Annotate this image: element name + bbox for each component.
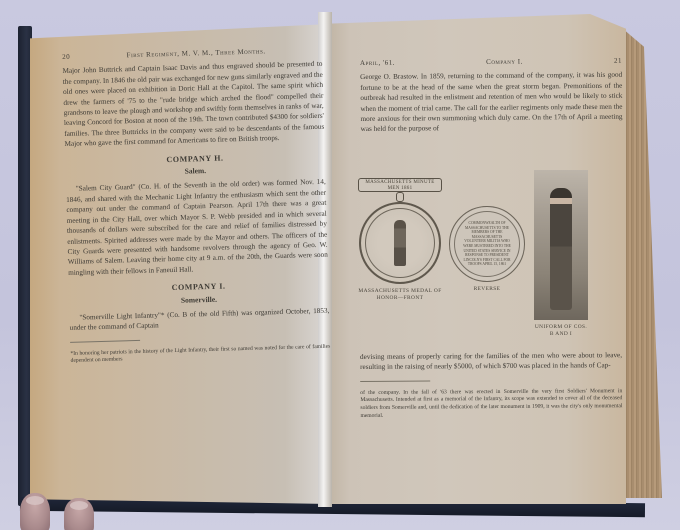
open-book-photo: 20 First Regiment, M. V. M., Three Month…: [0, 0, 680, 530]
figures-group: MASSACHUSETTS MINUTE MEN 1861 MASSACHUSE…: [350, 170, 620, 350]
soldier-photo-figure: UNIFORM OF COS. B AND I: [534, 170, 588, 338]
right-paragraph-2: devising means of properly caring for th…: [360, 350, 622, 373]
finger: [20, 493, 50, 530]
left-page-text: 20 First Regiment, M. V. M., Three Month…: [62, 45, 331, 366]
right-running-left: April, '61.: [360, 58, 395, 69]
company-i-text: "Somerville Light Infantry"* (Co. B of t…: [69, 306, 329, 334]
right-running-center: Company I.: [486, 57, 523, 68]
soldier-silhouette: [550, 188, 572, 310]
medal-reverse-disc: COMMONWEALTH OF MASSACHUSETTS TO THE MEM…: [449, 206, 525, 282]
finger: [64, 498, 94, 530]
footnote-rule: [70, 340, 140, 343]
fingernail: [26, 496, 44, 505]
medal-front-caption: MASSACHUSETTS MEDAL OF HONOR—FRONT: [358, 288, 442, 302]
company-h-text: "Salem City Guard" (Co. H. of the Sevent…: [66, 177, 329, 278]
right-page-lower-text: devising means of properly caring for th…: [360, 350, 622, 420]
right-running-head: April, '61. Company I. 21: [360, 56, 622, 69]
medal-front-disc: [359, 202, 441, 284]
soldier-photo-caption: UNIFORM OF COS. B AND I: [534, 324, 588, 338]
right-footnote-rule: [360, 380, 430, 381]
soldier-photo: [534, 170, 588, 320]
medal-reverse-inscription: COMMONWEALTH OF MASSACHUSETTS TO THE MEM…: [463, 221, 511, 267]
medal-loop: [396, 192, 404, 202]
fingernail: [70, 501, 88, 510]
medal-reverse-figure: COMMONWEALTH OF MASSACHUSETTS TO THE MEM…: [448, 206, 526, 293]
book-cover-spine-edge: [18, 26, 32, 506]
right-footnote: of the company. In the fall of '63 there…: [360, 388, 622, 420]
left-page-number: 20: [62, 52, 70, 63]
left-paragraph-1: Major John Buttrick and Captain Isaac Da…: [62, 59, 324, 149]
right-page-number: 21: [614, 56, 622, 66]
medal-front-figure: MASSACHUSETTS MINUTE MEN 1861 MASSACHUSE…: [358, 178, 442, 302]
medal-reverse-caption: REVERSE: [448, 286, 526, 293]
right-page-text: April, '61. Company I. 21 George O. Bras…: [360, 56, 623, 135]
page-edges: [622, 28, 662, 498]
minuteman-figure: [394, 220, 406, 266]
right-paragraph-1: George O. Brastow. In 1859, returning to…: [360, 70, 623, 135]
medal-bar: MASSACHUSETTS MINUTE MEN 1861: [358, 178, 442, 192]
